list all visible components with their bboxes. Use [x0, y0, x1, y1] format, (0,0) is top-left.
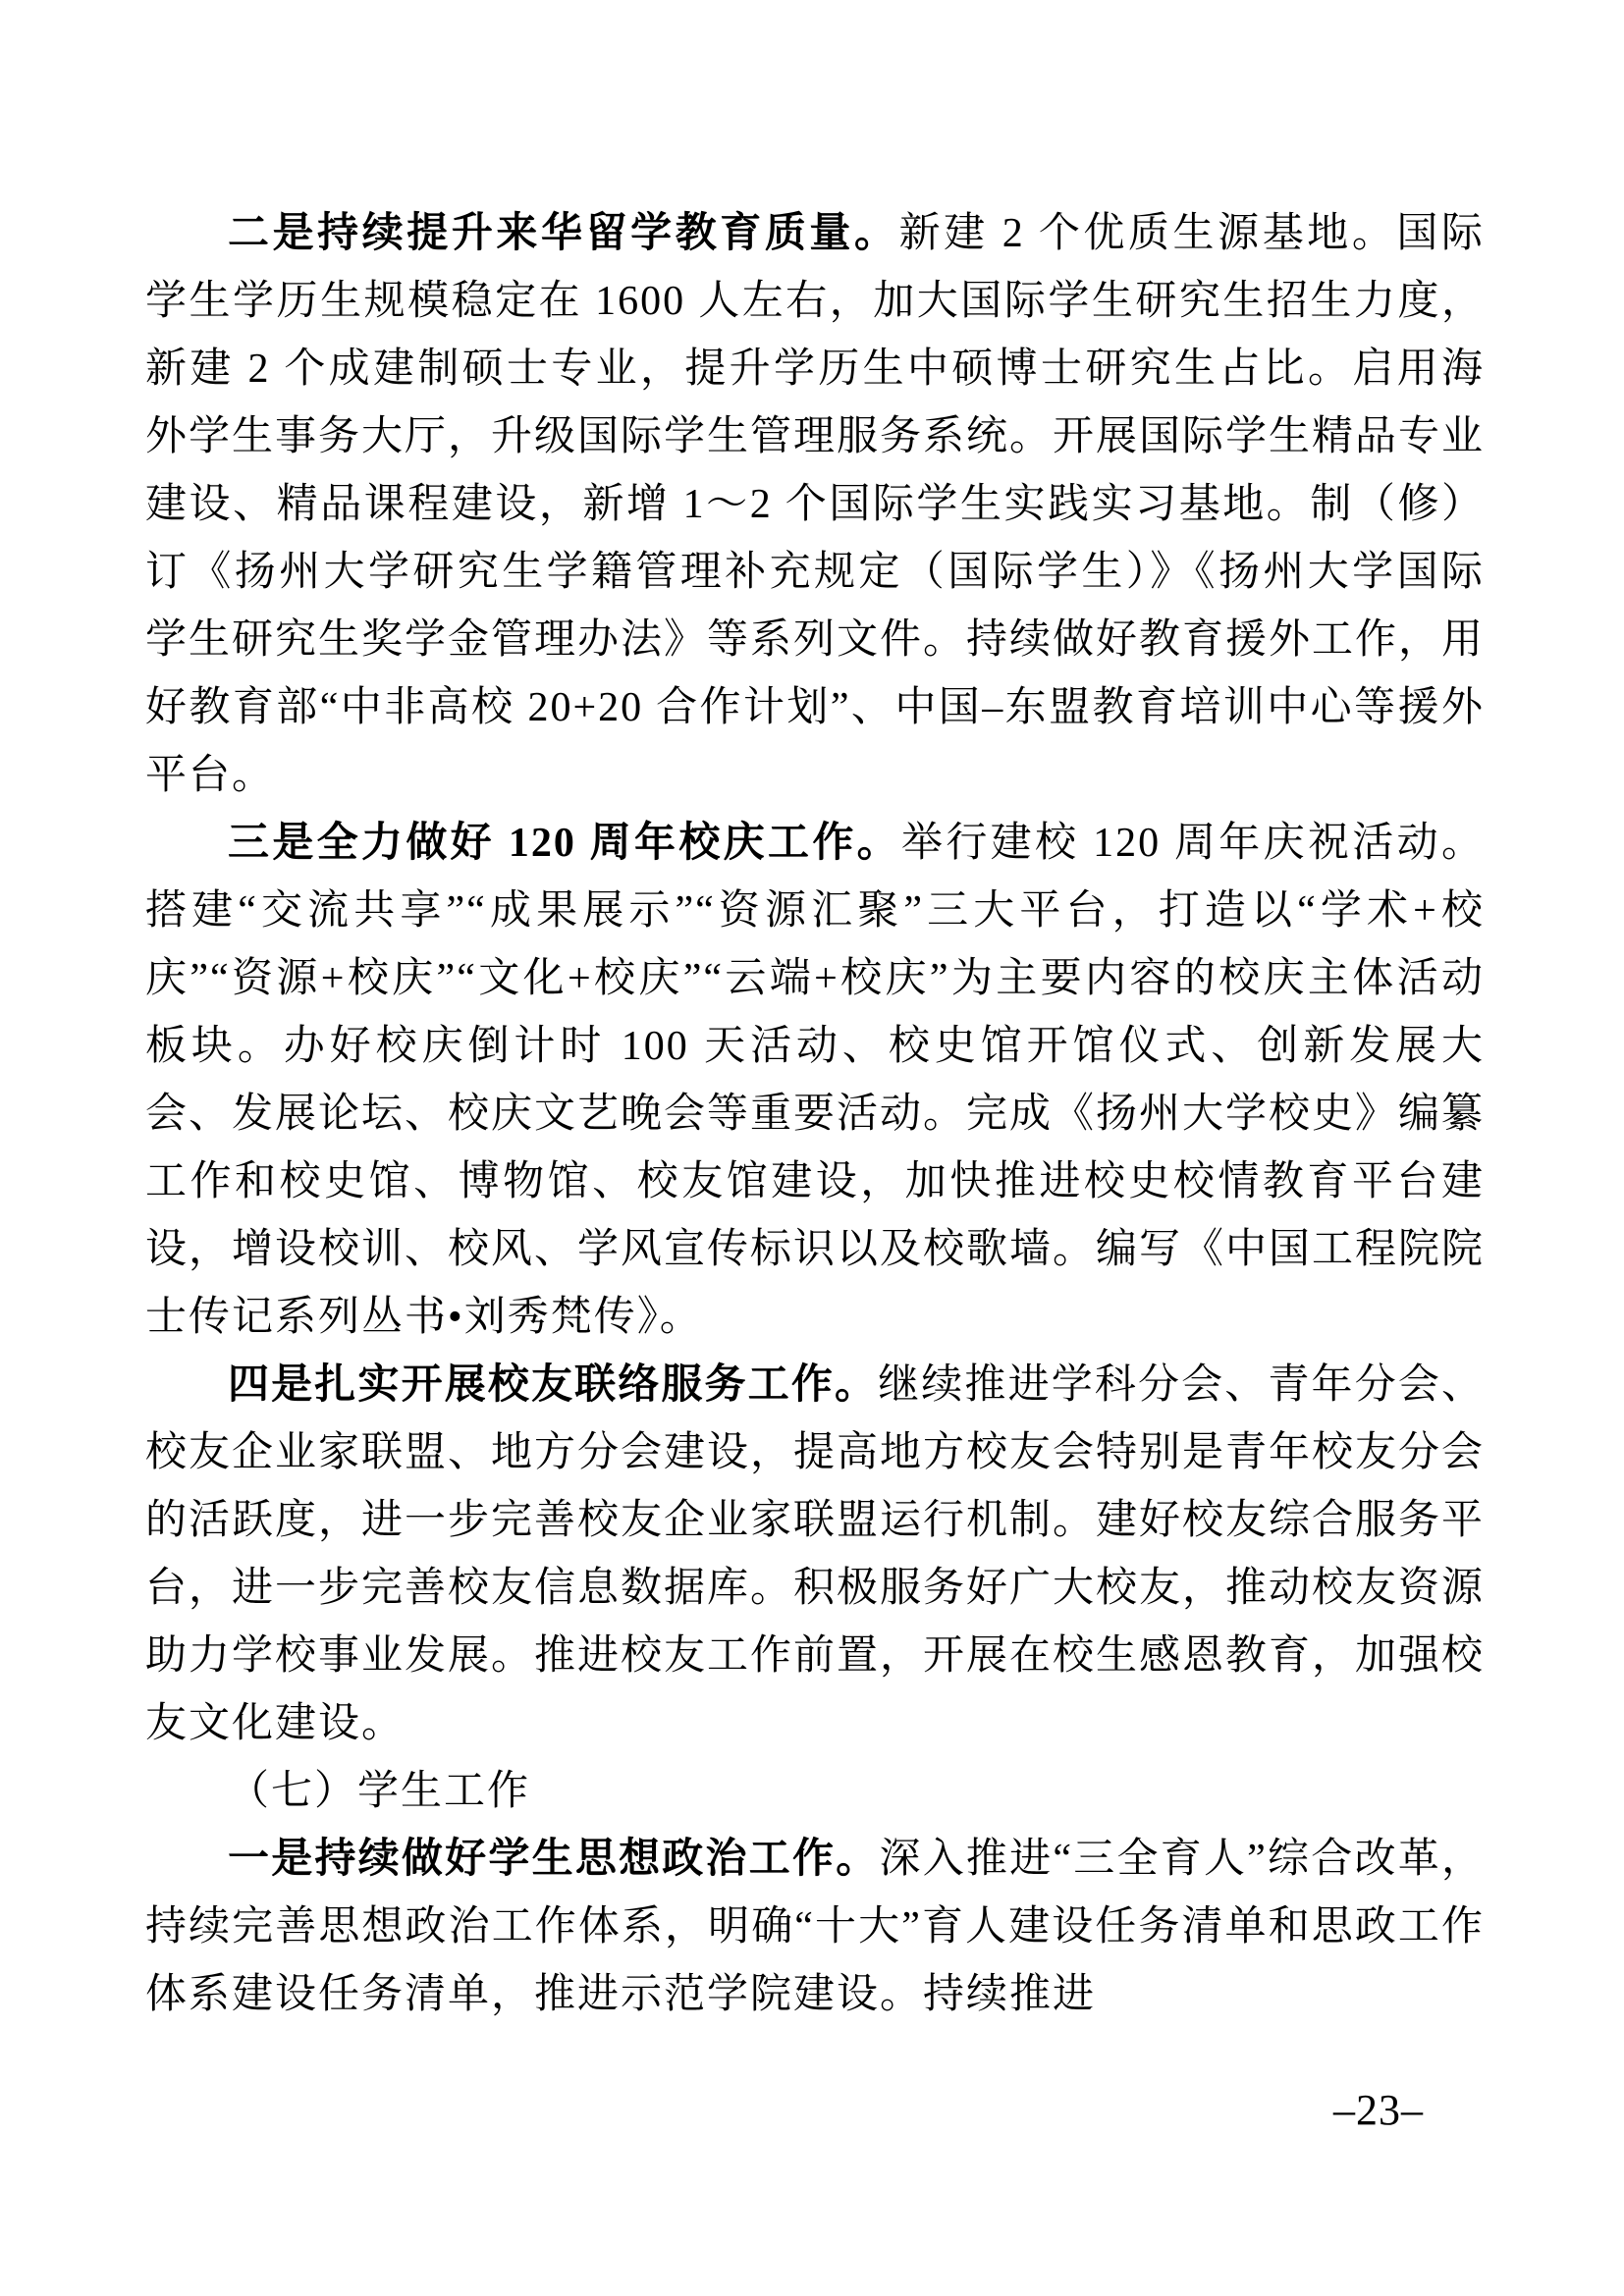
section-heading-text: （七）学生工作	[228, 1769, 530, 1814]
page-number: –23–	[1333, 2085, 1424, 2135]
paragraph-lead-bold: 四是扎实开展校友联络服务工作。	[228, 1362, 878, 1408]
document-body: 二是持续提升来华留学教育质量。新建 2 个优质生源基地。国际学生学历生规模稳定在…	[145, 200, 1485, 2029]
paragraph: 一是持续做好学生思想政治工作。深入推进“三全育人”综合改革，持续完善思想政治工作…	[145, 1826, 1485, 2029]
paragraph: 二是持续提升来华留学教育质量。新建 2 个优质生源基地。国际学生学历生规模稳定在…	[145, 200, 1485, 810]
paragraph-lead-bold: 三是全力做好 120 周年校庆工作。	[228, 821, 901, 866]
document-page: 二是持续提升来华留学教育质量。新建 2 个优质生源基地。国际学生学历生规模稳定在…	[0, 0, 1624, 2296]
paragraph-lead-bold: 一是持续做好学生思想政治工作。	[228, 1837, 879, 1882]
paragraph: 三是全力做好 120 周年校庆工作。举行建校 120 周年庆祝活动。搭建“交流共…	[145, 810, 1485, 1352]
paragraph-text: 新建 2 个优质生源基地。国际学生学历生规模稳定在 1600 人左右，加大国际学…	[145, 211, 1485, 798]
section-heading: （七）学生工作	[145, 1758, 1485, 1826]
paragraph-text: 举行建校 120 周年庆祝活动。搭建“交流共享”“成果展示”“资源汇聚”三大平台…	[145, 821, 1485, 1340]
paragraph-lead-bold: 二是持续提升来华留学教育质量。	[228, 211, 899, 256]
paragraph-text: 继续推进学科分会、青年分会、校友企业家联盟、地方分会建设，提高地方校友会特别是青…	[145, 1362, 1485, 1746]
paragraph: 四是扎实开展校友联络服务工作。继续推进学科分会、青年分会、校友企业家联盟、地方分…	[145, 1352, 1485, 1758]
